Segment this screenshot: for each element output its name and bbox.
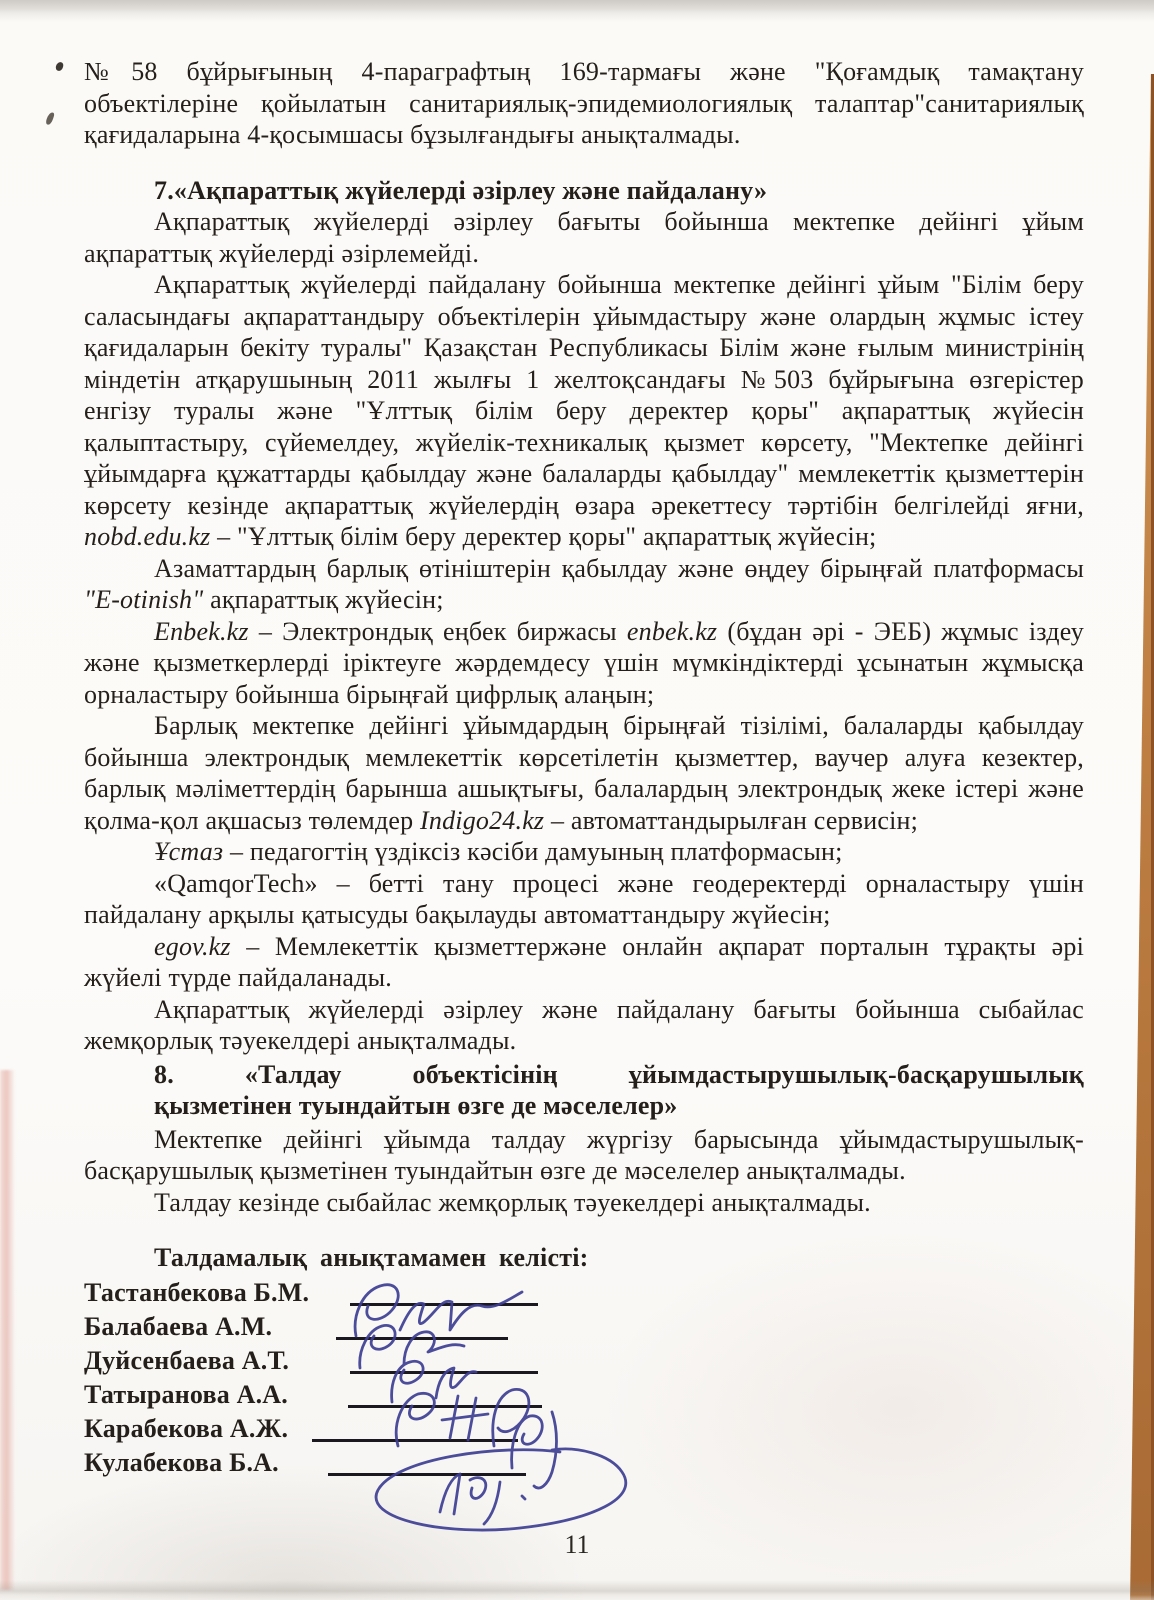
signature-line [348, 1405, 542, 1408]
paragraph: egov.kz – Мемлекеттік қызметтержәне онла… [84, 931, 1084, 994]
paragraph-continuation: №58 бұйрығының 4-параграфтың 169-тармағы… [84, 56, 1084, 151]
signer-name: Кулабекова Б.А. [84, 1448, 279, 1477]
desk-edge-strip [1128, 74, 1154, 1600]
paragraph: Ақпараттық жүйелерді әзірлеу бағыты бойы… [84, 206, 1084, 269]
website-name: enbek.kz [627, 617, 717, 646]
paragraph: Ақпараттық жүйелерді пайдалану бойынша м… [84, 269, 1084, 553]
website-name: egov.kz [154, 932, 231, 961]
paragraph-text: Ақпараттық жүйелерді пайдалану бойынша м… [84, 270, 1084, 520]
paragraph: Ақпараттық жүйелерді әзірлеу және пайдал… [84, 994, 1084, 1057]
signature-row: Дуйсенбаева А.Т. [84, 1345, 1084, 1379]
folder-edge-strip [0, 1070, 15, 1590]
paragraph-text: – автоматтандырылған сервисін; [544, 806, 918, 835]
signature-row: Татыранова А.А. [84, 1379, 1084, 1413]
system-name: "E-otinish" [84, 585, 203, 614]
paragraph: Барлық мектепке дейінгі ұйымдардың бірың… [84, 710, 1084, 836]
signature-line [350, 1371, 538, 1374]
signature-line [312, 1439, 518, 1442]
signature-line [336, 1337, 508, 1340]
signature-row: Кулабекова Б.А. [84, 1447, 1084, 1481]
paragraph-text: №58 бұйрығының 4-параграфтың 169-тармағы… [84, 57, 1084, 149]
signer-name: Татыранова А.А. [84, 1380, 288, 1409]
page-number: 11 [0, 1530, 1154, 1560]
ink-speck [45, 111, 55, 125]
signature-line [328, 1473, 526, 1476]
paragraph-text: – Мемлекеттік қызметтержәне онлайн ақпар… [84, 932, 1084, 993]
paragraph-text: – "Ұлттық білім беру деректер қоры" ақпа… [210, 522, 876, 551]
signature-row: Балабаева А.М. [84, 1311, 1084, 1345]
paragraph-text: Азаматтардың барлық өтініштерін қабылдау… [154, 554, 1084, 583]
paragraph-text: ақпараттық жүйесін; [203, 585, 443, 614]
scan-edge-bottom [0, 1580, 1154, 1600]
signer-name: Тастанбекова Б.М. [84, 1278, 309, 1307]
signer-name: Дуйсенбаева А.Т. [84, 1346, 289, 1375]
paragraph: Мектепке дейінгі ұйымда талдау жүргізу б… [84, 1124, 1084, 1187]
paragraph: «QamqorTech» – бетті тану процесі және г… [84, 868, 1084, 931]
paragraph: Enbek.kz – Электрондық еңбек биржасы enb… [84, 616, 1084, 711]
paragraph-text: «QamqorTech» – бетті тану процесі және г… [84, 869, 1084, 930]
website-name: Indigo24.kz [420, 806, 544, 835]
heading-line-2: қызметінен туындайтын өзге де мәселелер» [84, 1090, 1084, 1122]
website-name: Enbek.kz [154, 617, 249, 646]
scan-edge-top [0, 0, 1154, 22]
paragraph-text: – Электрондық еңбек биржасы [249, 617, 627, 646]
scanned-document-page: №58 бұйрығының 4-параграфтың 169-тармағы… [0, 0, 1154, 1600]
paragraph-text: Мектепке дейінгі ұйымда талдау жүргізу б… [84, 1125, 1084, 1186]
signature-heading: Талдамалық анықтамамен келісті: [84, 1242, 1084, 1274]
paragraph: Азаматтардың барлық өтініштерін қабылдау… [84, 553, 1084, 616]
signature-row: Тастанбекова Б.М. [84, 1277, 1084, 1311]
signer-name: Балабаева А.М. [84, 1312, 272, 1341]
paragraph: Талдау кезінде сыбайлас жемқорлық тәуеке… [84, 1187, 1084, 1219]
ink-speck [55, 61, 64, 72]
paragraph-text: Ақпараттық жүйелерді әзірлеу және пайдал… [84, 995, 1084, 1056]
section-8-heading: 8. «Талдау объектісінің ұйымдастырушылық… [84, 1059, 1084, 1122]
document-text: №58 бұйрығының 4-параграфтың 169-тармағы… [84, 56, 1084, 1481]
signature-line [350, 1303, 538, 1306]
paragraph: Ұстаз – педагогтің үздіксіз кәсіби дамуы… [84, 836, 1084, 868]
signature-row: Карабекова А.Ж. [84, 1413, 1084, 1447]
platform-name: Ұстаз [154, 837, 223, 866]
section-7-heading: 7.«Ақпараттық жүйелерді әзірлеу және пай… [84, 175, 1084, 207]
heading-line-1: 8. «Талдау объектісінің ұйымдастырушылық… [84, 1059, 1084, 1091]
paragraph-text: Ақпараттық жүйелерді әзірлеу бағыты бойы… [84, 207, 1084, 268]
heading-text: 7.«Ақпараттық жүйелерді әзірлеу және пай… [154, 176, 767, 205]
paragraph-text: Талдау кезінде сыбайлас жемқорлық тәуеке… [154, 1188, 871, 1217]
signature-block: Талдамалық анықтамамен келісті: Тастанбе… [84, 1242, 1084, 1481]
paragraph-text: – педагогтің үздіксіз кәсіби дамуының пл… [223, 837, 842, 866]
signer-name: Карабекова А.Ж. [84, 1414, 288, 1443]
website-name: nobd.edu.kz [84, 522, 210, 551]
